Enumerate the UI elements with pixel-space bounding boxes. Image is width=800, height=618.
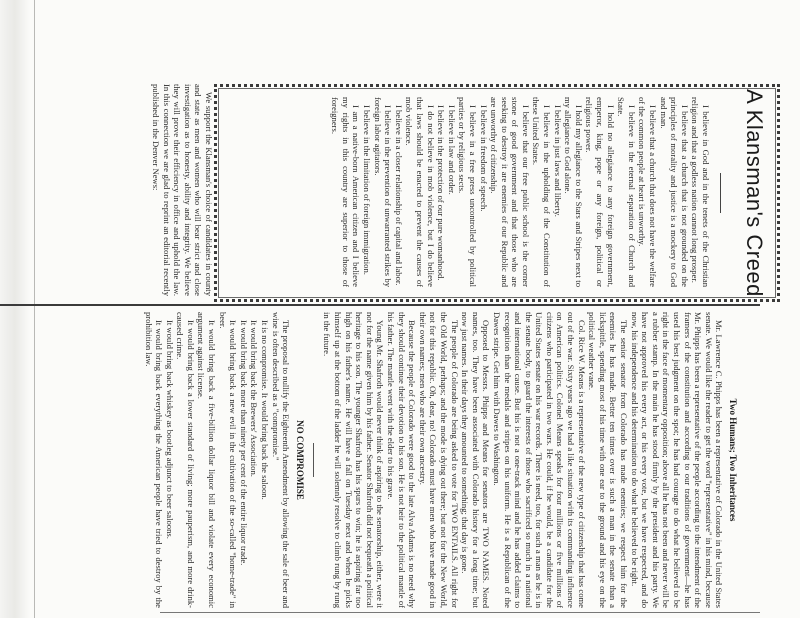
editorial-column: Two Humans; Two Inheritances Mr. Lawrenc… <box>143 312 744 608</box>
creed-paragraph: I believe in God and in the tenets of th… <box>690 97 711 287</box>
scan-fold-shadow <box>0 0 30 618</box>
editorial-paragraph: The senior senator from Colorado has mad… <box>587 312 629 608</box>
creed-title: A Klansman's Creed <box>741 87 767 299</box>
creed-paragraph: I believe in just laws and liberty. <box>552 97 563 287</box>
page-edge-rule <box>160 612 760 613</box>
compromise-paragraph: It would bring back the Brewers' Associa… <box>249 312 260 608</box>
compromise-paragraph: It would bring back a new evil in the cu… <box>217 312 238 608</box>
creed-paragraph: I believe in a closer relationship of ca… <box>393 97 404 287</box>
compromise-paragraph: The proposal to nullify the Eighteenth A… <box>270 312 291 608</box>
creed-paragraph: I believe in freedom of speech. <box>478 97 489 287</box>
creed-paragraph: I believe in the prevention of unwarrant… <box>372 97 393 287</box>
creed-paragraph: I hold no allegiance to any foreign gove… <box>584 97 616 287</box>
compromise-paragraph: It would bring back a five-billion dolla… <box>196 312 217 608</box>
section-separator <box>313 443 314 477</box>
scan-fold-line <box>34 0 35 618</box>
editorial-paragraph: Because the people of Colorado were good… <box>385 312 417 608</box>
creed-paragraph: I believe in a free press uncontrolled b… <box>457 97 478 287</box>
compromise-paragraph: It would bring back more than ninety per… <box>238 312 249 608</box>
support-intro: We support the Klansman's choice of cand… <box>150 84 214 296</box>
creed-paragraph: I believe in the protection of our pure … <box>436 97 447 287</box>
column-divider <box>0 304 760 306</box>
editorial-paragraph: Opposed to Messrs. Phipps and Means for … <box>460 312 492 608</box>
compromise-paragraph: It is no compromise. It would bring back… <box>259 312 270 608</box>
creed-paragraph: I believe that our free public school is… <box>489 97 531 287</box>
support-intro-text: We support the Klansman's choice of cand… <box>150 84 214 296</box>
scanned-newspaper-page: A Klansman's Creed I believe in God and … <box>0 0 800 618</box>
creed-paragraph: I believe in the limitation of foreign i… <box>361 97 372 287</box>
editorial-heading: Two Humans; Two Inheritances <box>727 312 738 608</box>
editorial-paragraph: Col. Rice W. Means is a representative o… <box>491 312 586 608</box>
compromise-paragraph: It would bring back everything the Ameri… <box>143 312 164 608</box>
editorial-paragraph: Mr. Lawrence C. Phipps has been a repres… <box>629 312 724 608</box>
creed-paragraph: I hold my allegiance to the Stars and St… <box>563 97 584 287</box>
compromise-paragraph: It would bring back a lower standard of … <box>175 312 196 608</box>
creed-ornamental-box: A Klansman's Creed I believe in God and … <box>214 84 780 302</box>
creed-paragraph: I am a native-born American citizen and … <box>330 97 362 287</box>
creed-paragraph: I believe that a church that is not grou… <box>658 97 690 287</box>
creed-paragraph: I believe that a church that does not ha… <box>637 97 658 287</box>
editorial-paragraph: Young Mr. Shafroth would never think of … <box>322 312 386 608</box>
creed-paragraph: I do not believe in mob violence, but I … <box>404 97 436 287</box>
creed-body: I believe in God and in the tenets of th… <box>330 97 711 287</box>
title-underline <box>720 173 721 213</box>
compromise-heading: NO COMPROMISE <box>294 312 305 608</box>
editorial-paragraph: The people of Colorado are being asked t… <box>417 312 459 608</box>
creed-paragraph: I believe in law and order. <box>446 97 457 287</box>
creed-paragraph: I believe in the upholding of the Consti… <box>531 97 552 287</box>
creed-paragraph: I believe in the eternal separation of C… <box>616 97 637 287</box>
compromise-paragraph: It would bring back whiskey as bootleg a… <box>164 312 175 608</box>
